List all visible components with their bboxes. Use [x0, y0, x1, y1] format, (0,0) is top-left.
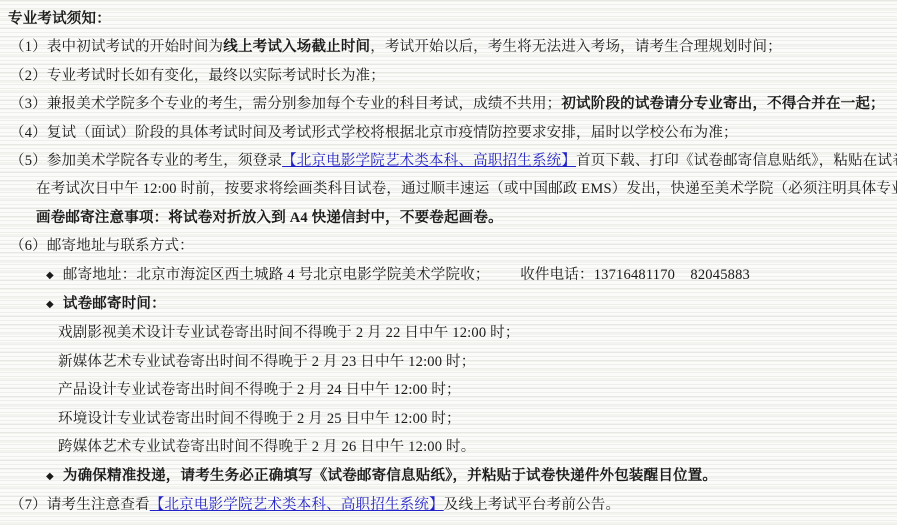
- text-segment: （5）参加美术学院各专业的考生，须登录: [10, 153, 282, 169]
- diamond-bullet-icon: ◆: [46, 291, 54, 319]
- text-segment: 邮寄地址：北京市海淀区西土城路 4 号北京电影学院美术学院收；: [63, 267, 490, 283]
- text-segment: 在考试次日中午 12:00 时前，按要求将绘画类科目试卷，通过顺丰速运（或中国邮…: [36, 181, 897, 197]
- text-segment: 产品设计专业试卷寄出时间不得晚于 2 月 24 日中午 12:00 时；: [58, 382, 461, 398]
- notice-line: 画卷邮寄注意事项：将试卷对折放入到 A4 快递信封中，不要卷起画卷。: [0, 204, 897, 232]
- notice-line: （5）参加美术学院各专业的考生，须登录【北京电影学院艺术类本科、高职招生系统】首…: [0, 147, 897, 175]
- notice-line: （4）复试（面试）阶段的具体考试时间及考试形式学校将根据北京市疫情防控要求安排，…: [0, 119, 897, 147]
- notice-line: ◆邮寄地址：北京市海淀区西土城路 4 号北京电影学院美术学院收； 收件电话：13…: [0, 261, 897, 290]
- notice-line: （3）兼报美术学院多个专业的考生，需分别参加每个专业的科目考试，成绩不共用；初试…: [0, 90, 897, 118]
- text-segment: 为确保精准投递，请考生务必正确填写《试卷邮寄信息贴纸》，并粘贴于试卷快递件外包装…: [63, 468, 717, 484]
- notice-line: （1）表中初试考试的开始时间为线上考试入场截止时间，考试开始以后，考生将无法进入…: [0, 33, 897, 61]
- admission-system-link[interactable]: 【北京电影学院艺术类本科、高职招生系统】: [282, 153, 576, 169]
- text-segment: 首页下载、打印《试卷邮寄信息贴纸》，粘贴在试卷快递件的外包装上。: [576, 153, 897, 169]
- notice-line: ◆试卷邮寄时间：: [0, 290, 897, 319]
- text-segment: 及线上考试平台考前公告。: [444, 497, 620, 513]
- text-segment: 试卷邮寄时间：: [63, 296, 166, 312]
- text-segment: 收件电话：13716481170 82045883: [490, 267, 750, 283]
- page-title: 专业考试须知：: [0, 5, 897, 33]
- diamond-bullet-icon: ◆: [46, 463, 54, 491]
- text-segment: （1）表中初试考试的开始时间为: [10, 39, 223, 55]
- text-segment: （3）兼报美术学院多个专业的考生，需分别参加每个专业的科目考试，成绩不共用；: [10, 96, 561, 112]
- text-segment: 线上考试入场截止时间: [223, 39, 370, 55]
- notice-line: ◆为确保精准投递，请考生务必正确填写《试卷邮寄信息贴纸》，并粘贴于试卷快递件外包…: [0, 462, 897, 491]
- diamond-bullet-icon: ◆: [46, 262, 54, 290]
- text-segment: 新媒体艺术专业试卷寄出时间不得晚于 2 月 23 日中午 12:00 时；: [58, 354, 475, 370]
- text-segment: 画卷邮寄注意事项：将试卷对折放入到 A4 快递信封中，不要卷起画卷。: [36, 210, 503, 226]
- notice-line: 新媒体艺术专业试卷寄出时间不得晚于 2 月 23 日中午 12:00 时；: [0, 348, 897, 376]
- text-segment: ，考试开始以后，考生将无法进入考场，请考生合理规划时间；: [370, 39, 782, 55]
- notice-line: 跨媒体艺术专业试卷寄出时间不得晚于 2 月 26 日中午 12:00 时。: [0, 433, 897, 461]
- text-segment: 环境设计专业试卷寄出时间不得晚于 2 月 25 日中午 12:00 时；: [58, 411, 461, 427]
- notice-body: （1）表中初试考试的开始时间为线上考试入场截止时间，考试开始以后，考生将无法进入…: [0, 33, 897, 519]
- text-segment: （6）邮寄地址与联系方式：: [10, 238, 194, 254]
- notice-line: 戏剧影视美术设计专业试卷寄出时间不得晚于 2 月 22 日中午 12:00 时；: [0, 319, 897, 347]
- notice-line: 在考试次日中午 12:00 时前，按要求将绘画类科目试卷，通过顺丰速运（或中国邮…: [0, 175, 897, 203]
- admission-system-link[interactable]: 【北京电影学院艺术类本科、高职招生系统】: [150, 497, 444, 513]
- notice-line: （7）请考生注意查看【北京电影学院艺术类本科、高职招生系统】及线上考试平台考前公…: [0, 491, 897, 519]
- notice-line: 环境设计专业试卷寄出时间不得晚于 2 月 25 日中午 12:00 时；: [0, 405, 897, 433]
- text-segment: 戏剧影视美术设计专业试卷寄出时间不得晚于 2 月 22 日中午 12:00 时；: [58, 325, 520, 341]
- notice-line: （2）专业考试时长如有变化，最终以实际考试时长为准；: [0, 62, 897, 90]
- text-segment: 跨媒体艺术专业试卷寄出时间不得晚于 2 月 26 日中午 12:00 时。: [58, 439, 475, 455]
- notice-line: 产品设计专业试卷寄出时间不得晚于 2 月 24 日中午 12:00 时；: [0, 376, 897, 404]
- text-segment: （7）请考生注意查看: [10, 497, 150, 513]
- notice-line: （6）邮寄地址与联系方式：: [0, 232, 897, 260]
- text-segment: （4）复试（面试）阶段的具体考试时间及考试形式学校将根据北京市疫情防控要求安排，…: [10, 125, 738, 141]
- exam-notice-document: 专业考试须知： （1）表中初试考试的开始时间为线上考试入场截止时间，考试开始以后…: [0, 0, 897, 519]
- text-segment: （2）专业考试时长如有变化，最终以实际考试时长为准；: [10, 68, 385, 84]
- text-segment: 初试阶段的试卷请分专业寄出，不得合并在一起；: [561, 96, 884, 112]
